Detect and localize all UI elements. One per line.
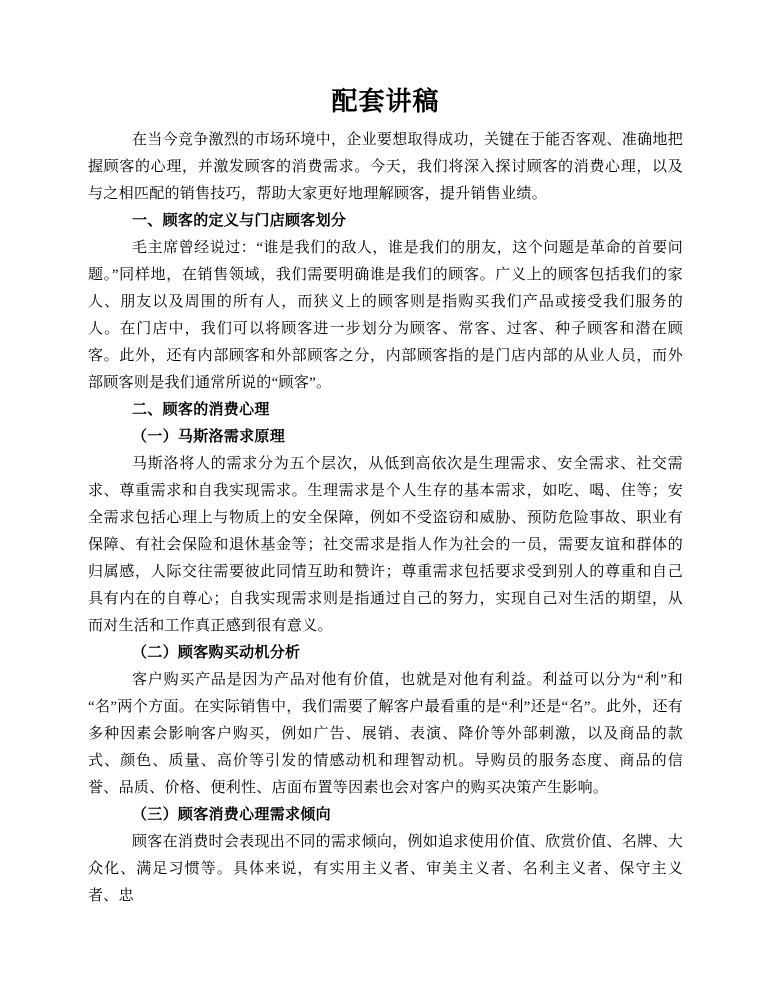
document-body: 配套讲稿 在当今竞争激烈的市场环境中，企业要想取得成功，关键在于能否客观、准确地… <box>0 0 770 910</box>
section-2-3-heading: （三）顾客消费心理需求倾向 <box>88 802 683 829</box>
section-2-heading: 二、顾客的消费心理 <box>88 397 683 424</box>
section-2-3-paragraph: 顾客在消费时会表现出不同的需求倾向，例如追求使用价值、欣赏价值、名牌、大众化、满… <box>88 829 683 910</box>
intro-paragraph: 在当今竞争激烈的市场环境中，企业要想取得成功，关键在于能否客观、准确地把握顾客的… <box>88 127 683 208</box>
document-title: 配套讲稿 <box>88 85 683 119</box>
section-2-1-paragraph: 马斯洛将人的需求分为五个层次，从低到高依次是生理需求、安全需求、社交需求、尊重需… <box>88 451 683 640</box>
section-2-2-heading: （二）顾客购买动机分析 <box>88 640 683 667</box>
document-page: 配套讲稿 在当今竞争激烈的市场环境中，企业要想取得成功，关键在于能否客观、准确地… <box>0 0 770 1000</box>
section-2-2-paragraph: 客户购买产品是因为产品对他有价值，也就是对他有利益。利益可以分为“利”和“名”两… <box>88 667 683 802</box>
section-1-paragraph: 毛主席曾经说过：“谁是我们的敌人，谁是我们的朋友，这个问题是革命的首要问题。”同… <box>88 235 683 397</box>
section-1-heading: 一、顾客的定义与门店顾客划分 <box>88 208 683 235</box>
section-2-1-heading: （一）马斯洛需求原理 <box>88 424 683 451</box>
